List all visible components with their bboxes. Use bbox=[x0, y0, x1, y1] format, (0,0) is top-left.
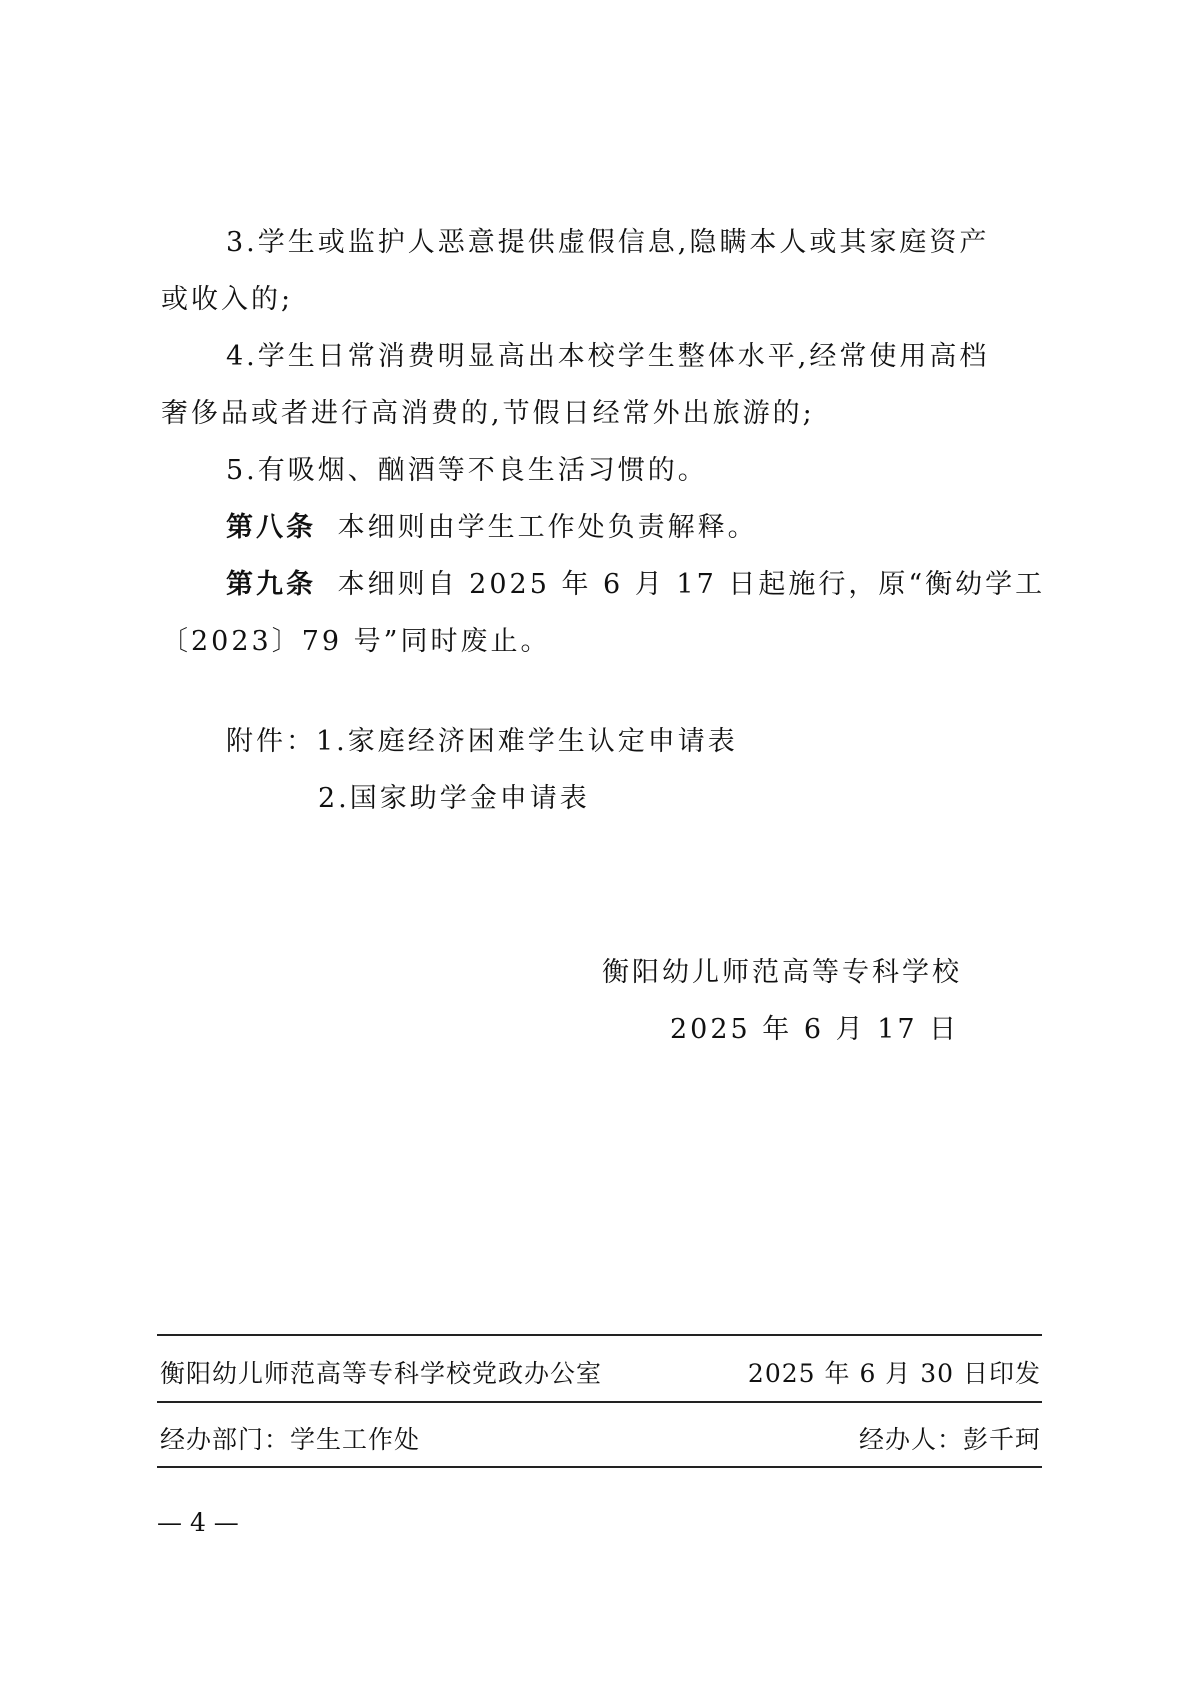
footer-rule-middle bbox=[157, 1401, 1042, 1403]
signature-date: 2025 年 6 月 17 日 bbox=[670, 1007, 959, 1046]
article-8-heading: 第八条 bbox=[226, 512, 316, 543]
attachments: 附件：1.家庭经济困难学生认定申请表 bbox=[226, 725, 738, 759]
article-9-text: 本细则自 2025 年 6 月 17 日起施行，原“衡幼学工 bbox=[338, 569, 1046, 600]
footer-issuer: 衡阳幼儿师范高等专科学校党政办公室 bbox=[160, 1354, 602, 1390]
attachment-item-1: 1.家庭经济困难学生认定申请表 bbox=[316, 726, 738, 757]
footer-issue-date: 2025 年 6 月 30 日印发 bbox=[748, 1354, 1041, 1390]
article-9-line-2: 〔2023〕79 号”同时废止。 bbox=[161, 625, 550, 659]
signature-org: 衡阳幼儿师范高等专科学校 bbox=[602, 950, 962, 989]
item-3-line-2: 或收入的; bbox=[161, 283, 293, 317]
footer-handler: 经办人：彭千珂 bbox=[859, 1420, 1041, 1456]
item-4-line-2: 奢侈品或者进行高消费的,节假日经常外出旅游的; bbox=[161, 397, 815, 431]
article-9: 第九条 本细则自 2025 年 6 月 17 日起施行，原“衡幼学工 bbox=[226, 568, 1045, 602]
footer-department: 经办部门：学生工作处 bbox=[160, 1420, 420, 1456]
item-5: 5.有吸烟、酗酒等不良生活习惯的。 bbox=[226, 454, 708, 488]
footer-rule-top bbox=[157, 1334, 1042, 1336]
article-8-text: 本细则由学生工作处负责解释。 bbox=[338, 512, 758, 543]
item-4-line-1: 4.学生日常消费明显高出本校学生整体水平,经常使用高档 bbox=[226, 340, 989, 374]
attachment-item-2: 2.国家助学金申请表 bbox=[318, 782, 590, 816]
footer-rule-bottom bbox=[157, 1466, 1042, 1468]
attachments-label: 附件： bbox=[226, 726, 316, 757]
article-9-heading: 第九条 bbox=[226, 569, 316, 600]
article-8: 第八条 本细则由学生工作处负责解释。 bbox=[226, 511, 758, 545]
page-number: — 4 — bbox=[157, 1508, 239, 1537]
item-3-line-1: 3.学生或监护人恶意提供虚假信息,隐瞒本人或其家庭资产 bbox=[226, 226, 989, 260]
